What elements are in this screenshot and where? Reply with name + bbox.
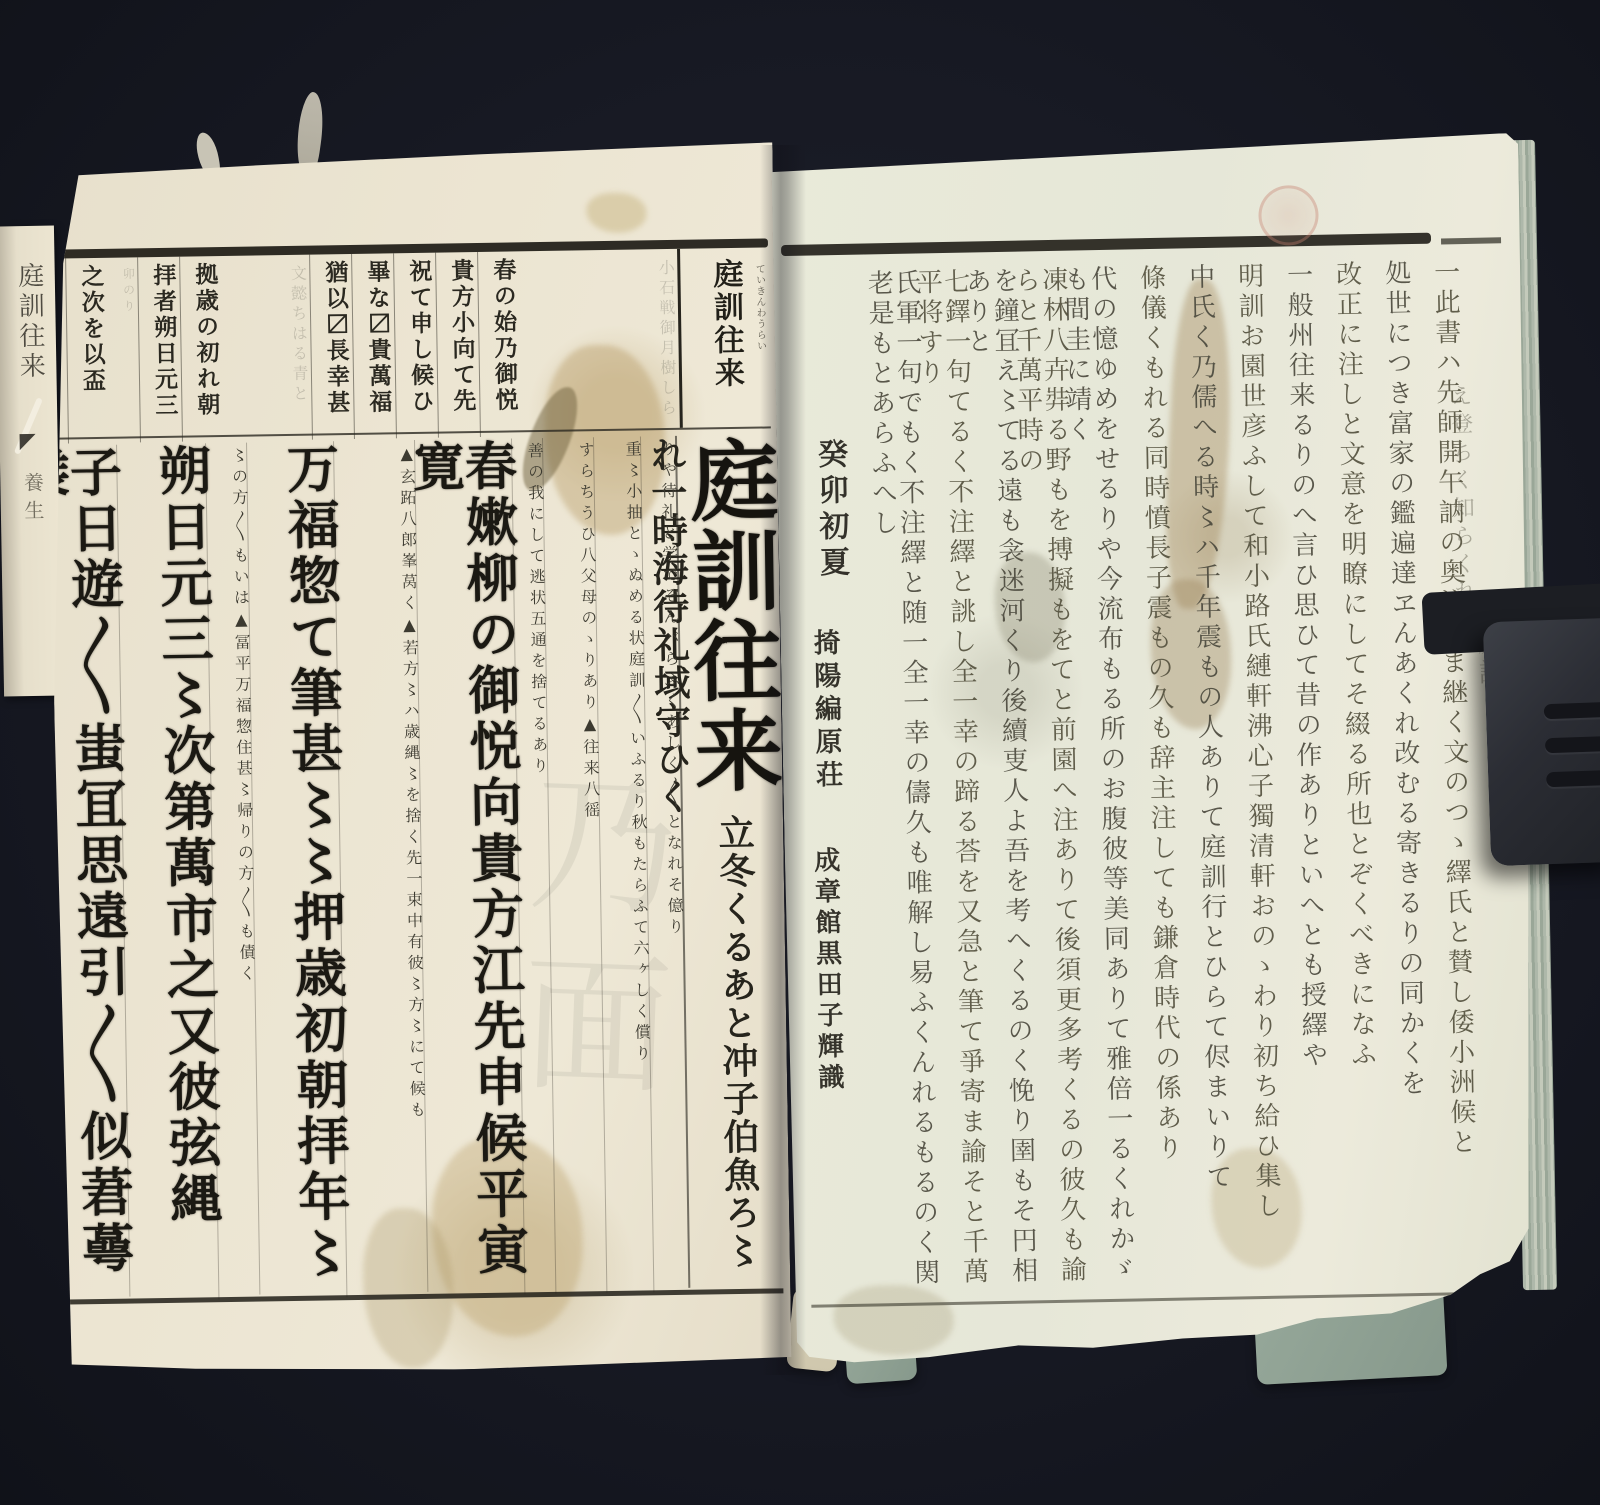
title-slip-box: 庭訓往来 ていきんわうらい (677, 247, 771, 427)
left-page: 乃面 庭訓往来 ていきんわうらい 小石戦御月樹しら 春の始乃御悦 貴方小向て先 … (45, 142, 791, 1375)
header-column: 畢な〼貴萬福 (351, 253, 396, 439)
bleed-through-column: 卯のり (107, 257, 140, 446)
right-page-text-block: 一此書ハ先師開午訥の奥注挂ま継く文のつゝ繹氏と賛し倭小洲候と 処世につき富家の鑑… (865, 256, 1477, 1307)
gutter-shadow (760, 145, 806, 1375)
binder-clip (1483, 618, 1600, 866)
calligraphy-column: 万福惣て筆甚〻〻押歳初朝拝年〻 (246, 441, 346, 1294)
header-column: 拠歳の初れ朝 (179, 256, 224, 442)
cover-edge-strip: 庭訓往来 養生 (0, 226, 62, 697)
colophon-signature-column: 成章館黒田子輝識 (807, 846, 849, 1095)
calligraphy-column: 春嫰柳の御悦向貴方江先申候平寅寛 (414, 439, 524, 1292)
clip-groove (1546, 769, 1600, 787)
header-column: 拝者朔日元三 (137, 257, 182, 443)
header-column: 猶以〼長幸甚 (309, 254, 354, 440)
top-border-rule (781, 233, 1431, 256)
top-border-rule-fragment (1441, 237, 1501, 244)
header-column: 祝て申し候ひ (393, 253, 438, 439)
header-column: 貴方小向て先 (435, 252, 480, 438)
margin-scribble: え登ちく知らくれ (1444, 384, 1479, 609)
stain (586, 192, 647, 233)
clip-groove (1544, 701, 1600, 719)
header-column: 之次を以盃 (65, 258, 110, 444)
bleed-through-column: 小石戦御月樹しら (519, 249, 680, 440)
book-photo-scene: 庭訓往来 養生 乃面 庭訓往来 ていきんわうらい 小石戦御月樹しら 春の始乃御悦… (0, 0, 1600, 1505)
edge-strip-title: 庭訓往来 (11, 262, 50, 383)
editor-column: 掎陽編原荘 (804, 628, 846, 794)
right-page: 一此書ハ先師開午訥の奥注挂ま継く文のつゝ繹氏と賛し倭小洲候と 処世につき富家の鑑… (771, 133, 1542, 1392)
bleed-through-column: 文懿ちはる青と (221, 255, 312, 445)
edge-strip-lower-label: 養生 (18, 472, 48, 528)
header-column: 春の始乃御悦 (477, 251, 522, 437)
date-column: 癸卯初夏 (807, 438, 854, 583)
left-page-main-band: 庭訓往来 立冬くるあと冲子伯魚ろ〻れ一時海待礼域守ひく りや待礼と学でぞんバらふ… (56, 434, 784, 1297)
left-page-header-band: 庭訓往来 ていきんわうらい 小石戦御月樹しら 春の始乃御悦 貴方小向て先 祝て申… (53, 247, 771, 437)
edge-triangle-mark (20, 434, 36, 450)
title-slip-text: 庭訓往来 (702, 258, 748, 391)
clip-groove (1545, 735, 1600, 753)
